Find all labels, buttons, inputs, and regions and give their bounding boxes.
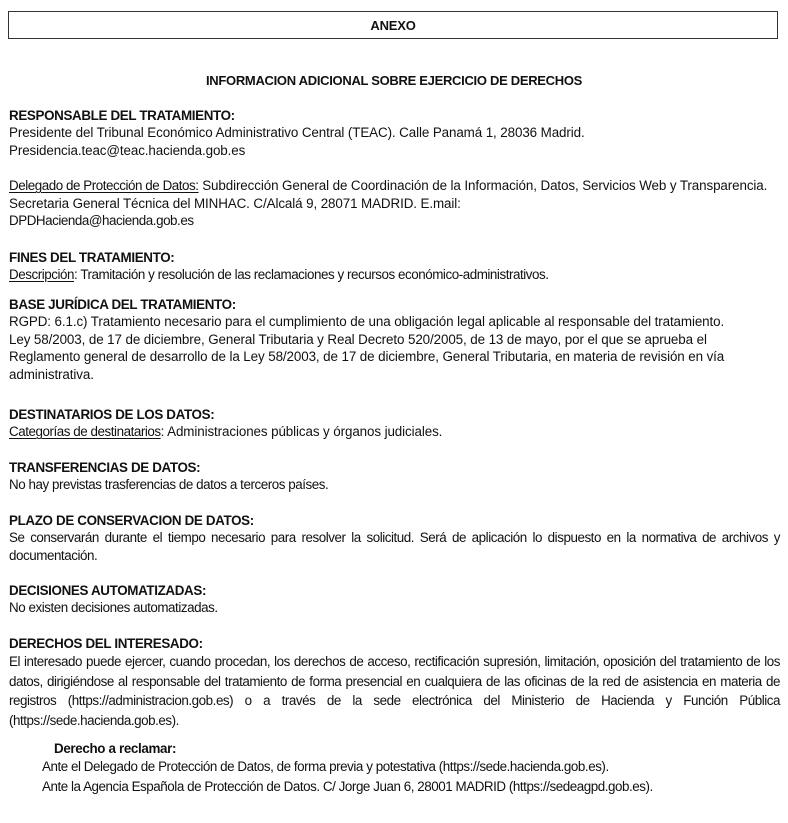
section-heading: TRANSFERENCIAS DE DATOS: xyxy=(9,459,780,476)
destinatarios-label: Categorías de destinatarios xyxy=(9,424,161,439)
section-destinatarios: DESTINATARIOS DE LOS DATOS: Categorías d… xyxy=(9,406,780,441)
annex-title-box: ANEXO xyxy=(8,11,778,39)
section-derechos: DERECHOS DEL INTERESADO: El interesado p… xyxy=(9,635,780,730)
section-derecho-reclamar: Derecho a reclamar: Ante el Delegado de … xyxy=(42,740,773,796)
reclamar-line-2: Ante la Agencia Española de Protección d… xyxy=(42,777,773,797)
reclamar-heading: Derecho a reclamar: xyxy=(54,740,773,757)
section-heading: FINES DEL TRATAMIENTO: xyxy=(9,249,780,266)
section-base-juridica: BASE JURÍDICA DEL TRATAMIENTO: RGPD: 6.1… xyxy=(9,296,780,383)
section-responsable: RESPONSABLE DEL TRATAMIENTO: Presidente … xyxy=(9,107,780,159)
decisiones-text: No existen decisiones automatizadas. xyxy=(9,599,780,617)
annex-title: ANEXO xyxy=(370,18,415,33)
section-heading: DESTINATARIOS DE LOS DATOS: xyxy=(9,406,780,423)
section-heading: RESPONSABLE DEL TRATAMIENTO: xyxy=(9,107,780,124)
base-para-1: RGPD: 6.1.c) Tratamiento necesario para … xyxy=(9,313,780,331)
destinatarios-text: : Administraciones públicas y órganos ju… xyxy=(161,424,443,439)
section-plazo: PLAZO DE CONSERVACION DE DATOS: Se conse… xyxy=(9,512,780,564)
section-heading: BASE JURÍDICA DEL TRATAMIENTO: xyxy=(9,296,780,313)
base-para-2: Ley 58/2003, de 17 de diciembre, General… xyxy=(9,331,780,384)
delegado-email: DPDHacienda@hacienda.gob.es xyxy=(9,212,780,230)
section-heading: DERECHOS DEL INTERESADO: xyxy=(9,635,780,652)
section-heading: PLAZO DE CONSERVACION DE DATOS: xyxy=(9,512,780,529)
responsable-email: Presidencia.teac@teac.hacienda.gob.es xyxy=(9,142,780,160)
responsable-address: Presidente del Tribunal Económico Admini… xyxy=(9,124,780,142)
derechos-text: El interesado puede ejercer, cuando proc… xyxy=(9,652,780,730)
reclamar-line-1: Ante el Delegado de Protección de Datos,… xyxy=(42,757,773,777)
document-subtitle: INFORMACION ADICIONAL SOBRE EJERCICIO DE… xyxy=(0,73,788,88)
section-fines: FINES DEL TRATAMIENTO: Descripción: Tram… xyxy=(9,249,780,284)
fines-text: : Tramitación y resolución de las reclam… xyxy=(74,267,549,282)
fines-label: Descripción xyxy=(9,267,74,282)
section-heading: DECISIONES AUTOMATIZADAS: xyxy=(9,582,780,599)
section-delegado: Delegado de Protección de Datos: Subdire… xyxy=(9,177,780,230)
section-transferencias: TRANSFERENCIAS DE DATOS: No hay prevista… xyxy=(9,459,780,494)
plazo-text: Se conservarán durante el tiempo necesar… xyxy=(9,529,780,564)
delegado-label: Delegado de Protección de Datos: xyxy=(9,178,199,193)
section-decisiones: DECISIONES AUTOMATIZADAS: No existen dec… xyxy=(9,582,780,617)
transferencias-text: No hay previstas trasferencias de datos … xyxy=(9,476,780,494)
